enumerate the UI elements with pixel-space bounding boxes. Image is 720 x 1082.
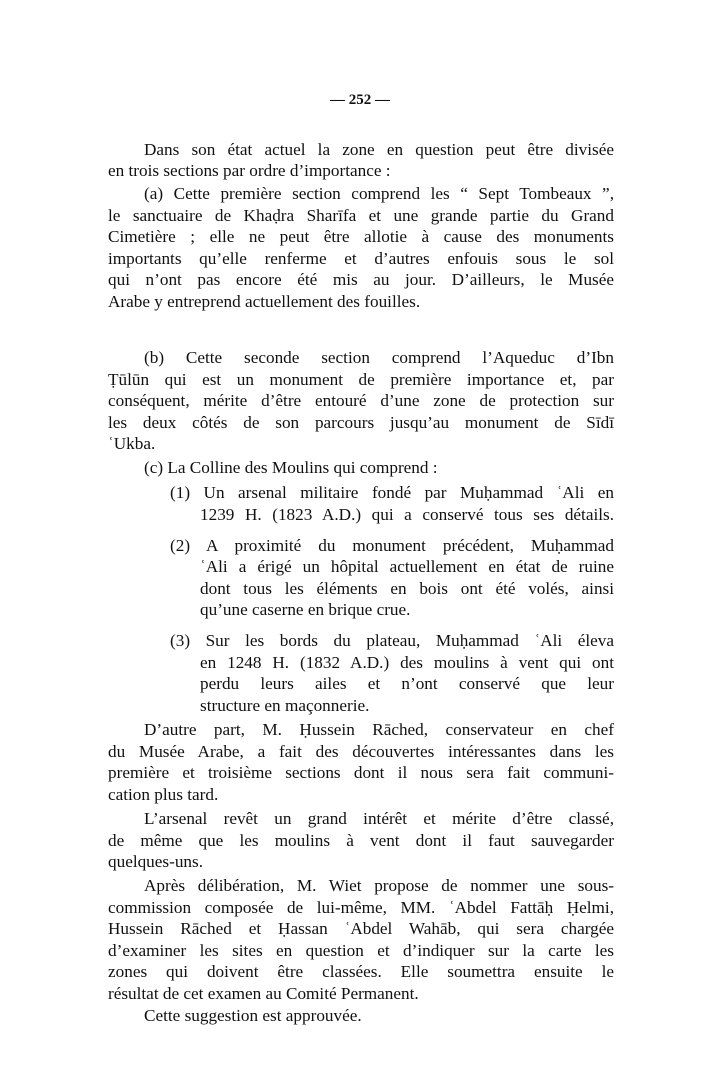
text-line: 1239 H. (1823 A.D.) qui a conservé tous …: [200, 504, 614, 525]
text-line: les deux côtés de son parcours jusqu’au …: [108, 412, 614, 433]
text-line: (b) Cette seconde section comprend l’Aqu…: [144, 347, 614, 368]
text-line: conséquent, mérite d’être entouré d’une …: [108, 390, 614, 411]
text-line: dont tous les éléments en bois ont été v…: [200, 578, 614, 599]
text-line: quelques-uns.: [108, 851, 228, 872]
text-line: D’autre part, M. Ḥussein Rāched, conserv…: [144, 719, 614, 740]
text-line: cation plus tard.: [108, 784, 268, 805]
document-page: — 252 — Dans son état actuel la zone en …: [0, 0, 720, 1082]
text-line: (2) A proximité du monument précédent, M…: [170, 535, 614, 556]
text-line: qui n’ont pas encore été mis au jour. D’…: [108, 269, 614, 290]
text-line: Arabe y entreprend actuellement des foui…: [108, 291, 508, 312]
text-line: résultat de cet examen au Comité Permane…: [108, 983, 508, 1004]
text-line: (c) La Colline des Moulins qui comprend …: [144, 457, 474, 478]
text-line: ʿAli a érigé un hôpital actuellement en …: [200, 556, 614, 577]
text-line: qu’une caserne en brique crue.: [200, 599, 440, 620]
text-line: commission composée de lui-même, MM. ʿAb…: [108, 897, 614, 918]
text-line: Après délibération, M. Wiet propose de n…: [144, 875, 614, 896]
text-line: Cette suggestion est approuvée.: [144, 1005, 444, 1026]
text-line: L’arsenal revêt un grand intérêt et méri…: [144, 808, 614, 829]
text-line: Dans son état actuel la zone en question…: [144, 139, 614, 160]
text-line: en 1248 H. (1832 A.D.) des moulins à ven…: [200, 652, 614, 673]
text-line: zones qui doivent être classées. Elle so…: [108, 961, 614, 982]
text-line: (1) Un arsenal militaire fondé par Muḥam…: [170, 482, 614, 503]
text-line: importants qu’elle renferme et d’autres …: [108, 248, 614, 269]
text-line: ʿUkba.: [108, 433, 208, 454]
text-line: de même que les moulins à vent dont il f…: [108, 830, 614, 851]
text-line: perdu leurs ailes et n’ont conservé que …: [200, 673, 614, 694]
text-line: (3) Sur les bords du plateau, Muḥammad ʿ…: [170, 630, 614, 651]
text-line: première et troisième sections dont il n…: [108, 762, 614, 783]
text-line: Hussein Rāched et Ḥassan ʿAbdel Wahāb, q…: [108, 918, 614, 939]
text-line: en trois sections par ordre d’importance…: [108, 160, 468, 181]
text-line: structure en maçonnerie.: [200, 695, 410, 716]
page-number: — 252 —: [0, 92, 720, 109]
text-line: le sanctuaire de Khaḍra Sharīfa et une g…: [108, 205, 614, 226]
text-line: du Musée Arabe, a fait des découvertes i…: [108, 741, 614, 762]
text-line: Ṭūlūn qui est un monument de première im…: [108, 369, 614, 390]
text-line: Cimetière ; elle ne peut être allotie à …: [108, 226, 614, 247]
text-line: (a) Cette première section comprend les …: [144, 183, 614, 204]
text-line: d’examiner les sites en question et d’in…: [108, 940, 614, 961]
